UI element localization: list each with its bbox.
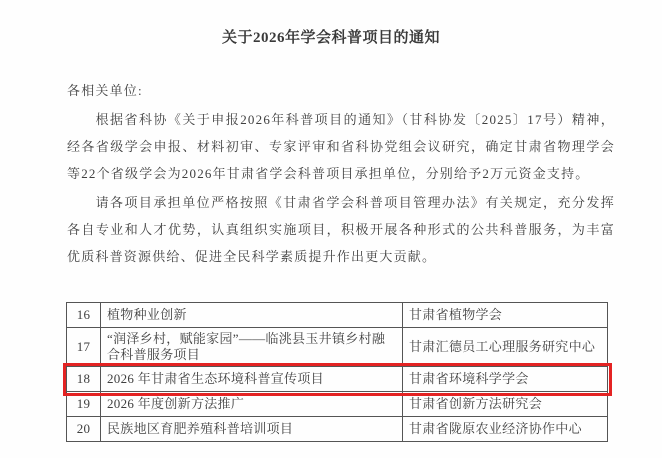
row-number-cell: 17 xyxy=(67,328,101,367)
organization-cell: 甘肃省环境科学学会 xyxy=(403,367,608,392)
row-number-cell: 18 xyxy=(67,367,101,392)
document-body: 各相关单位: 根据省科协《关于申报2026年科普项目的通知》（甘科协发〔2025… xyxy=(67,77,615,270)
row-number-cell: 16 xyxy=(67,303,101,328)
page-title: 关于2026年学会科普项目的通知 xyxy=(0,0,662,47)
organization-cell: 甘肃省植物学会 xyxy=(403,303,608,328)
body-paragraph-1: 根据省科协《关于申报2026年科普项目的通知》（甘科协发〔2025〕17号）精神… xyxy=(67,106,615,187)
project-name-cell: 植物种业创新 xyxy=(101,303,403,328)
table-row: 17 “润泽乡村，赋能家园”——临洮县玉井镇乡村融合科普服务项目 甘肃汇德员工心… xyxy=(67,328,608,367)
table-row: 20 民族地区育肥养殖科普培训项目 甘肃省陇原农业经济协作中心 xyxy=(67,417,608,442)
table-row: 16 植物种业创新 甘肃省植物学会 xyxy=(67,303,608,328)
project-name-cell: 2026 年度创新方法推广 xyxy=(101,392,403,417)
row-number-cell: 20 xyxy=(67,417,101,442)
project-name-cell: 民族地区育肥养殖科普培训项目 xyxy=(101,417,403,442)
row-number-cell: 19 xyxy=(67,392,101,417)
table-row-highlighted: 18 2026 年甘肃省生态环境科普宣传项目 甘肃省环境科学学会 xyxy=(67,367,608,392)
project-table: 16 植物种业创新 甘肃省植物学会 17 “润泽乡村，赋能家园”——临洮县玉井镇… xyxy=(66,302,608,442)
salutation-line: 各相关单位: xyxy=(67,77,615,104)
project-name-cell: 2026 年甘肃省生态环境科普宣传项目 xyxy=(101,367,403,392)
table-row: 19 2026 年度创新方法推广 甘肃省创新方法研究会 xyxy=(67,392,608,417)
organization-cell: 甘肃汇德员工心理服务研究中心 xyxy=(403,328,608,367)
project-name-cell: “润泽乡村，赋能家园”——临洮县玉井镇乡村融合科普服务项目 xyxy=(101,328,403,367)
document-page: 关于2026年学会科普项目的通知 各相关单位: 根据省科协《关于申报2026年科… xyxy=(0,0,662,458)
organization-cell: 甘肃省陇原农业经济协作中心 xyxy=(403,417,608,442)
body-paragraph-2: 请各项目承担单位严格按照《甘肃省学会科普项目管理办法》有关规定，充分发挥各自专业… xyxy=(67,189,615,270)
organization-cell: 甘肃省创新方法研究会 xyxy=(403,392,608,417)
